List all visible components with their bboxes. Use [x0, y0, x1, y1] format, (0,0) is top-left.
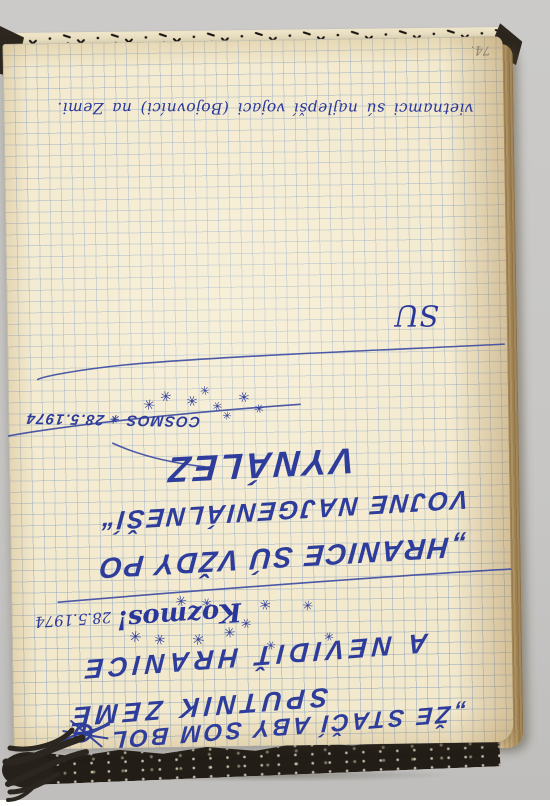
handwritten-note-line: vietnamci sú najlepší vojaci (Bojovníci)…: [123, 85, 473, 132]
handwritten-cosmos-line: COSMOS ✳ 28.5.1974: [9, 403, 217, 435]
photo-backdrop: 74. vietnamci sú najlepší vojaci (Bojovn…: [0, 0, 550, 800]
handwritten-su: SU: [385, 293, 449, 337]
star-icon: ✳: [174, 593, 188, 609]
star-icon: ✳: [222, 411, 232, 423]
star-icon: ✳: [199, 384, 211, 397]
cosmos-label: COSMOS: [124, 412, 201, 430]
binding-frays: [0, 722, 114, 800]
star-icon: ✳: [301, 599, 314, 613]
star-icon: ✳: [142, 397, 156, 413]
kozmos-date: 28.5.1974: [34, 608, 111, 631]
notebook-page: 74. vietnamci sú najlepší vojaci (Bojovn…: [2, 36, 513, 750]
cosmos-date: 28.5.1974: [25, 410, 106, 428]
page-number: 74.: [459, 42, 503, 59]
notebook: 74. vietnamci sú najlepší vojaci (Bojovn…: [4, 24, 520, 780]
pen-line-long: [37, 344, 504, 379]
star-icon: ✳: [109, 412, 121, 424]
